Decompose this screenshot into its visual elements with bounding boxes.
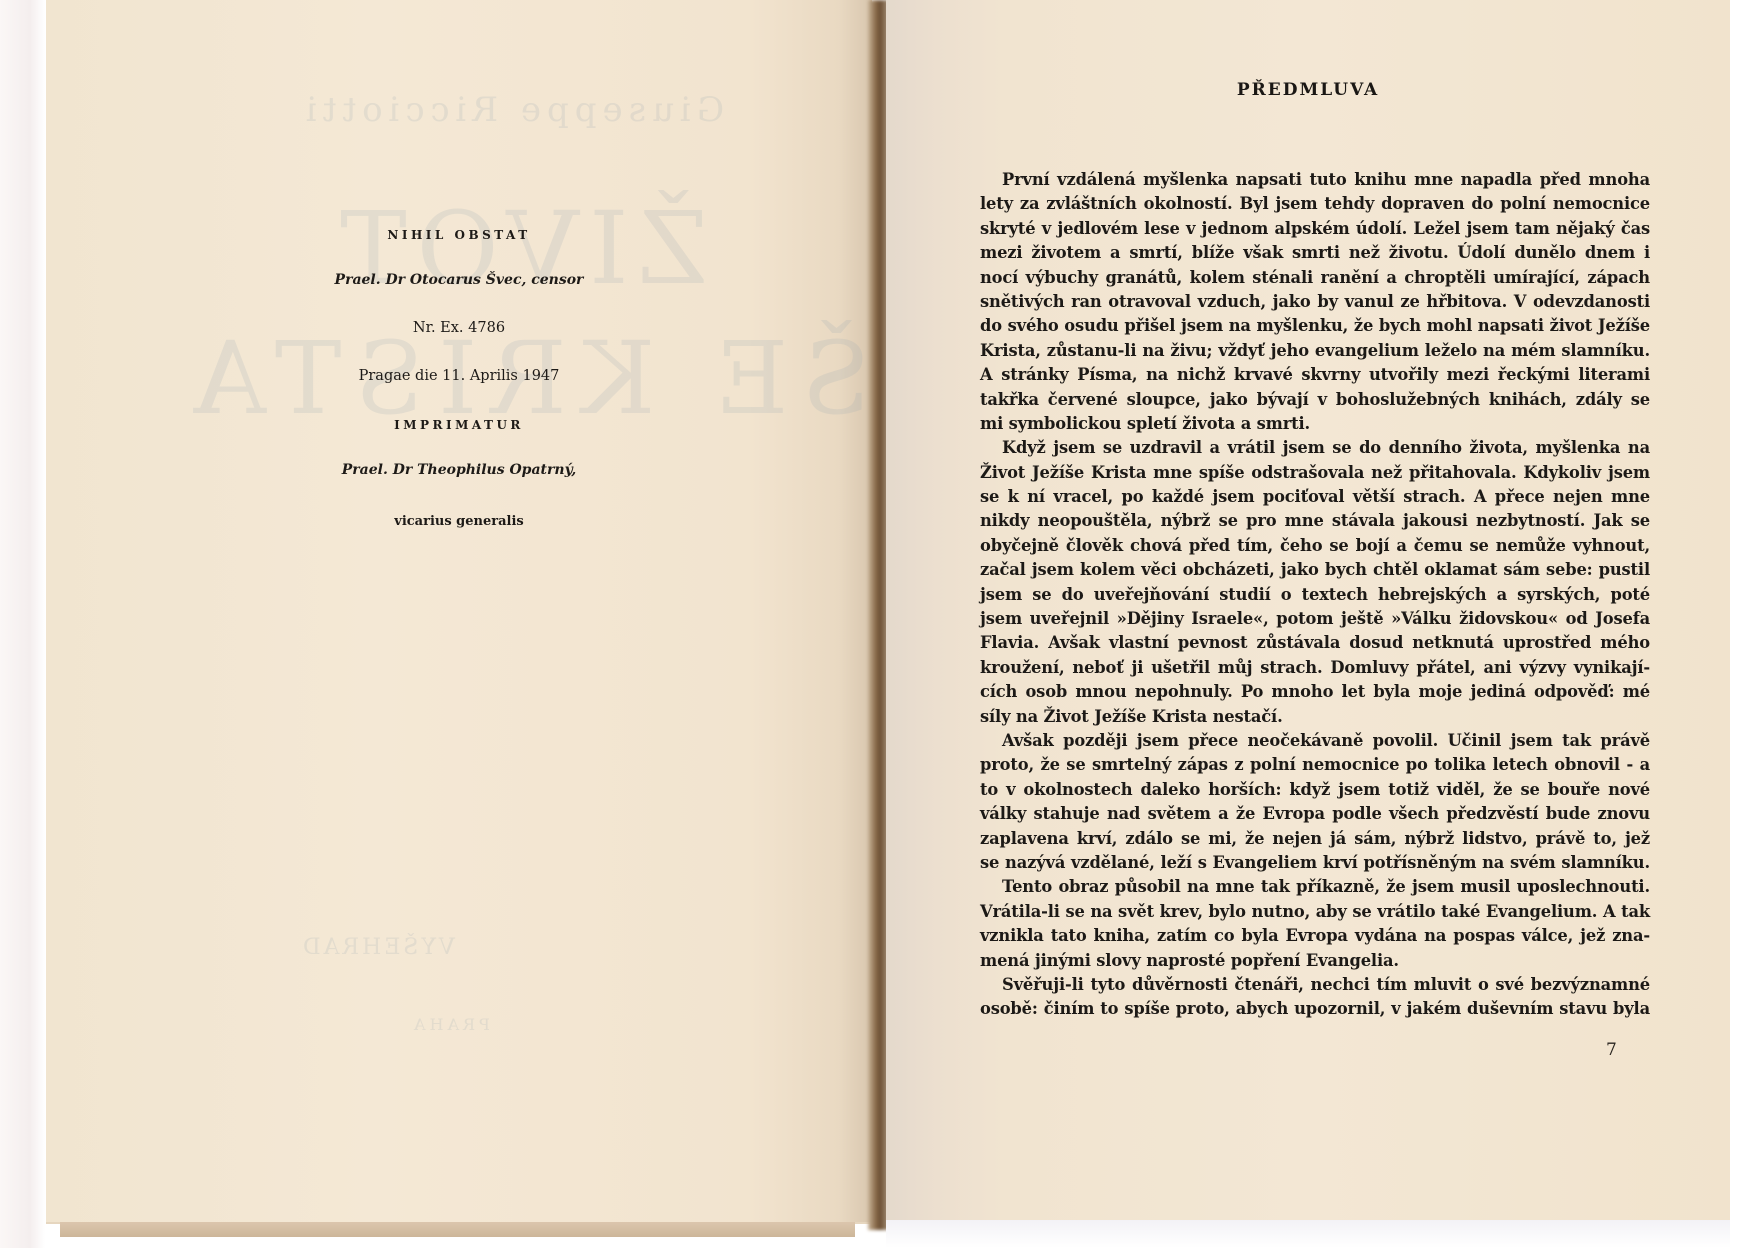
text-line: jsem se do uveřejňování studií o textech… — [980, 583, 1650, 607]
text-line: vznikla tato kniha, zatím co byla Evropa… — [980, 924, 1650, 948]
text-line: A stránky Písma, na nichž krvavé skvrny … — [980, 363, 1650, 387]
page-number: 7 — [1606, 1040, 1617, 1060]
right-page-bottom-edge — [886, 1220, 1730, 1248]
text-line: mi symbolickou spletí života a smrti. — [980, 412, 1650, 436]
text-line: lety za zvláštních okolností. Byl jsem t… — [980, 192, 1650, 216]
text-line: Avšak později jsem přece neočekávaně pov… — [980, 729, 1650, 753]
bleedthrough-city: PRAHA — [410, 1015, 490, 1034]
text-line: takřka červené sloupce, jako bývají v bo… — [980, 388, 1650, 412]
vicar-title: vicarius generalis — [46, 514, 872, 529]
place-and-date: Pragae die 11. Aprilis 1947 — [46, 368, 872, 384]
text-line: skryté v jedlovém lese v jednom alpském … — [980, 217, 1650, 241]
text-line: začal jsem kolem věci obcházeti, jako by… — [980, 558, 1650, 582]
bleedthrough-author: Giuseppe Ricciotti — [300, 90, 724, 130]
text-line: zaplavena krví, zdálo se mi, že nejen já… — [980, 827, 1650, 851]
page-title: PŘEDMLUVA — [886, 80, 1730, 100]
text-line: cích osob mnou nepohnuly. Po mnoho let b… — [980, 680, 1650, 704]
text-line: proto, že se smrtelný zápas z polní nemo… — [980, 753, 1650, 777]
bleedthrough-title-1: ŽIVOT — [330, 190, 708, 307]
approval-number: Nr. Ex. 4786 — [46, 320, 872, 336]
text-line: nikdy neopouštěla, nýbrž se pro mne stáv… — [980, 509, 1650, 533]
text-line: se k ní vracel, po každé jsem pociťoval … — [980, 485, 1650, 509]
text-line: Krista, zůstanu-li na živu; vždyť jeho e… — [980, 339, 1650, 363]
left-page-bottom-edge — [60, 1222, 855, 1237]
text-line: První vzdálená myšlenka napsati tuto kni… — [980, 168, 1650, 192]
text-line: mezi životem a smrtí, blíže však smrti n… — [980, 241, 1650, 265]
text-line: osobě: činím to spíše proto, abych upozo… — [980, 997, 1650, 1021]
text-line: se nazývá vzdělané, leží s Evangeliem kr… — [980, 851, 1650, 875]
imprimatur-heading: IMPRIMATUR — [46, 418, 872, 432]
text-line: síly na Život Ježíše Krista nestačí. — [980, 705, 1650, 729]
bleedthrough-publisher: VYŠEHRAD — [300, 935, 455, 960]
text-line: snětivých ran otravoval vzduch, jako by … — [980, 290, 1650, 314]
vicar-name: Prael. Dr Theophilus Opatrný, — [46, 462, 872, 478]
text-line: Když jsem se uzdravil a vrátil jsem se d… — [980, 436, 1650, 460]
text-line: války stahuje nad světem a že Evropa pod… — [980, 802, 1650, 826]
text-line: Vrátila-li se na svět krev, bylo nutno, … — [980, 900, 1650, 924]
text-line: jsem uveřejnil »Dějiny Israele«, potom j… — [980, 607, 1650, 631]
text-line: kroužení, neboť ji ušetřil můj strach. D… — [980, 656, 1650, 680]
nihil-obstat-heading: NIHIL OBSTAT — [46, 228, 872, 242]
left-page — [46, 0, 872, 1222]
text-line: mená jinými slovy naprosté popření Evang… — [980, 949, 1650, 973]
text-line: nocí výbuchy granátů, kolem sténali raně… — [980, 266, 1650, 290]
censor-name: Prael. Dr Otocarus Švec, censor — [46, 272, 872, 288]
text-line: obyčejně člověk chová před tím, čeho se … — [980, 534, 1650, 558]
text-line: Svěřuji-li tyto důvěrnosti čtenáři, nech… — [980, 973, 1650, 997]
text-line: Život Ježíše Krista mne spíše odstrašova… — [980, 461, 1650, 485]
text-line: do svého osudu přišel jsem na myšlenku, … — [980, 314, 1650, 338]
text-line: to v okolnostech daleko horších: když js… — [980, 778, 1650, 802]
preface-body: První vzdálená myšlenka napsati tuto kni… — [980, 168, 1650, 1022]
text-line: Tento obraz působil na mne tak příkazně,… — [980, 875, 1650, 899]
text-line: Flavia. Avšak vlastní pevnost zůstávala … — [980, 631, 1650, 655]
